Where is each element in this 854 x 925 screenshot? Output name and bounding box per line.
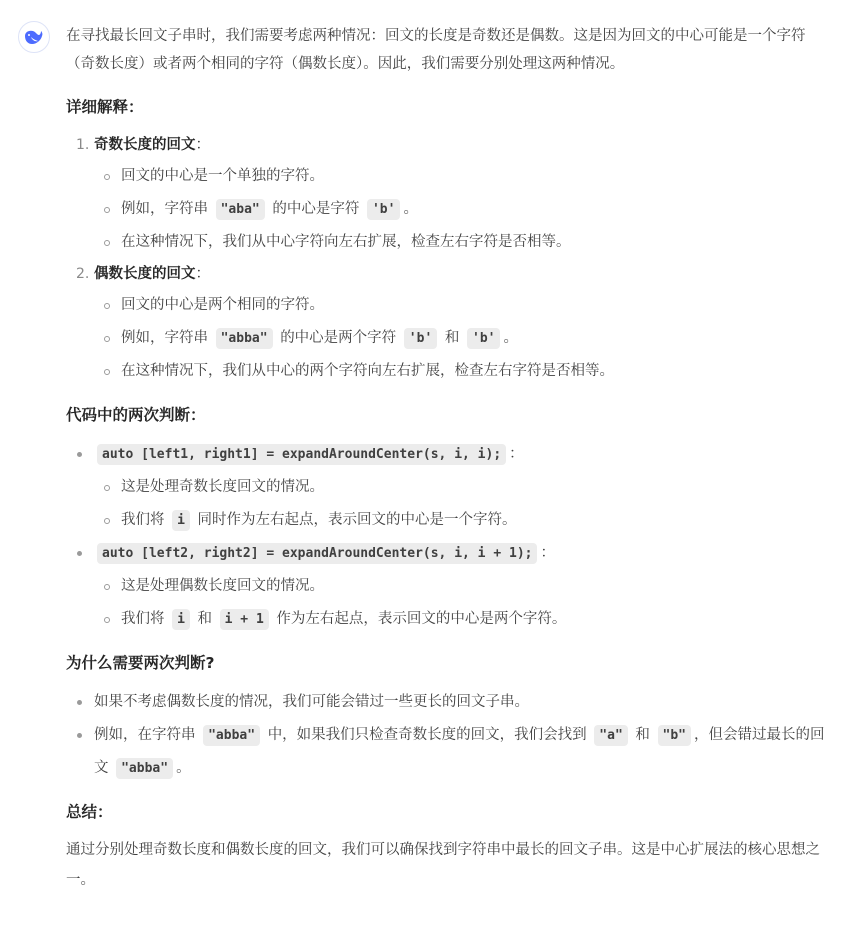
inline-code: i: [172, 609, 190, 630]
inline-code: "a": [594, 725, 627, 746]
inline-code: i + 1: [220, 609, 269, 630]
code-item-even: auto [left2, right2] = expandAroundCente…: [66, 537, 826, 570]
list-item: 这是处理偶数长度回文的情况。: [94, 570, 826, 603]
code-item-odd: auto [left1, right1] = expandAroundCente…: [66, 438, 826, 471]
even-length-item: 2.偶数长度的回文： 回文的中心是两个相同的字符。 例如，字符串 "abba" …: [66, 259, 826, 388]
inline-code: 'b': [404, 328, 437, 349]
list-item: 回文的中心是一个单独的字符。: [94, 160, 826, 193]
summary-heading: 总结：: [66, 797, 826, 827]
why-list: 如果不考虑偶数长度的情况，我们可能会错过一些更长的回文子串。 例如，在字符串 "…: [66, 686, 826, 785]
detail-heading: 详细解释：: [66, 92, 826, 122]
whale-logo-icon: [24, 29, 44, 45]
inline-code: i: [172, 510, 190, 531]
inline-code: 'b': [367, 199, 400, 220]
inline-code: 'b': [467, 328, 500, 349]
inline-code: "abba": [203, 725, 260, 746]
list-item: 这是处理奇数长度回文的情况。: [94, 471, 826, 504]
intro-paragraph: 在寻找最长回文子串时，我们需要考虑两种情况：回文的长度是奇数还是偶数。这是因为回…: [66, 22, 826, 78]
inline-code: "aba": [216, 199, 265, 220]
list-item: 例如，字符串 "aba" 的中心是字符 'b'。: [94, 193, 826, 226]
list-item: 在这种情况下，我们从中心的两个字符向左右扩展，检查左右字符是否相等。: [94, 355, 826, 388]
list-item: 回文的中心是两个相同的字符。: [94, 289, 826, 322]
list-item: 在这种情况下，我们从中心字符向左右扩展，检查左右字符是否相等。: [94, 226, 826, 259]
inline-code: "b": [658, 725, 691, 746]
assistant-avatar: [18, 21, 50, 53]
list-item: 例如，字符串 "abba" 的中心是两个字符 'b' 和 'b'。: [94, 322, 826, 355]
inline-code: "abba": [116, 758, 173, 779]
list-item: 例如，在字符串 "abba" 中，如果我们只检查奇数长度的回文，我们会找到 "a…: [66, 719, 826, 785]
list-item: 我们将 i 同时作为左右起点，表示回文的中心是一个字符。: [94, 504, 826, 537]
code-section-heading: 代码中的两次判断：: [66, 400, 826, 430]
inline-code: auto [left1, right1] = expandAroundCente…: [97, 444, 506, 465]
list-item: 如果不考虑偶数长度的情况，我们可能会错过一些更长的回文子串。: [66, 686, 826, 719]
why-heading: 为什么需要两次判断?: [66, 648, 826, 678]
inline-code: "abba": [216, 328, 273, 349]
odd-length-item: 1.奇数长度的回文： 回文的中心是一个单独的字符。 例如，字符串 "aba" 的…: [66, 130, 826, 259]
list-item: 我们将 i 和 i + 1 作为左右起点，表示回文的中心是两个字符。: [94, 603, 826, 636]
summary-paragraph: 通过分别处理奇数长度和偶数长度的回文，我们可以确保找到字符串中最长的回文子串。这…: [66, 835, 826, 895]
code-list: auto [left1, right1] = expandAroundCente…: [66, 438, 826, 636]
assistant-message: 在寻找最长回文子串时，我们需要考虑两种情况：回文的长度是奇数还是偶数。这是因为回…: [66, 22, 826, 895]
inline-code: auto [left2, right2] = expandAroundCente…: [97, 543, 537, 564]
detail-list: 1.奇数长度的回文： 回文的中心是一个单独的字符。 例如，字符串 "aba" 的…: [66, 130, 826, 388]
